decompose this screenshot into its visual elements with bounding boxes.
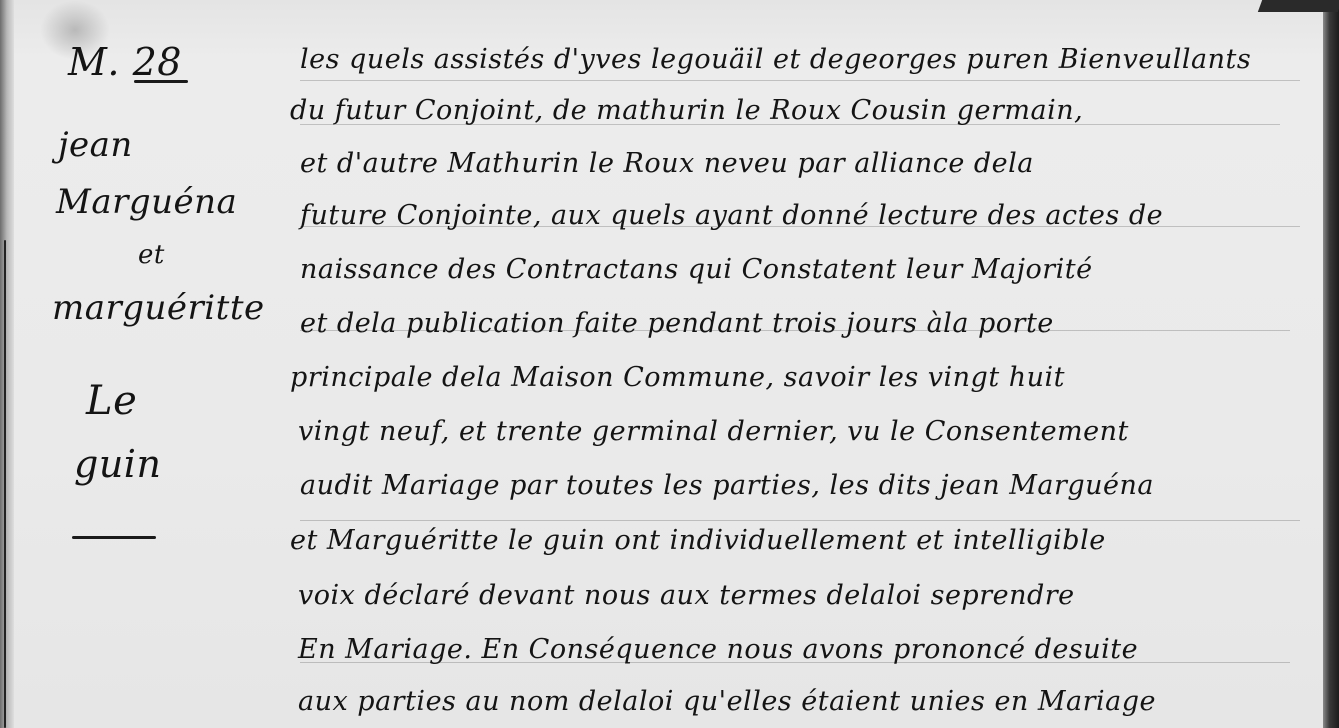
body-line-10: et Marguéritte le guin ont individuellem… <box>290 525 1106 556</box>
page-right-edge-shadow <box>1323 0 1339 728</box>
body-line-5: naissance des Contractans qui Constatent… <box>300 254 1093 285</box>
margin-bride-surname-guin: guin <box>74 442 161 486</box>
page-torn-corner <box>1258 0 1339 12</box>
page-left-edge <box>0 0 14 728</box>
margin-bride-first-name: marguéritte <box>52 288 265 328</box>
body-line-13: aux parties au nom delaloi qu'elles étai… <box>298 686 1156 717</box>
body-line-4: future Conjointe, aux quels ayant donné … <box>300 200 1163 231</box>
body-line-11: voix déclaré devant nous aux termes dela… <box>298 580 1075 611</box>
body-line-9: audit Mariage par toutes les parties, le… <box>300 470 1154 501</box>
record-number: M. 28 <box>68 40 182 84</box>
body-line-12: En Mariage. En Conséquence nous avons pr… <box>298 634 1138 665</box>
body-line-7: principale dela Maison Commune, savoir l… <box>290 362 1065 393</box>
baseline <box>300 520 1300 521</box>
document-page: M. 28 jean Marguéna et marguéritte Le gu… <box>0 0 1326 728</box>
margin-groom-first-name: jean <box>58 125 133 165</box>
body-line-1: les quels assistés d'yves legouäil et de… <box>300 44 1251 75</box>
margin-underline <box>72 536 156 539</box>
page-fold-line <box>4 240 6 728</box>
body-line-8: vingt neuf, et trente germinal dernier, … <box>298 416 1129 447</box>
body-line-3: et d'autre Mathurin le Roux neveu par al… <box>300 148 1034 179</box>
baseline <box>300 80 1300 81</box>
margin-conjunction: et <box>138 240 165 270</box>
margin-groom-surname: Marguéna <box>56 182 237 222</box>
body-line-6: et dela publication faite pendant trois … <box>300 308 1054 339</box>
body-line-2: du futur Conjoint, de mathurin le Roux C… <box>290 95 1083 126</box>
record-number-underline <box>134 80 188 83</box>
margin-bride-surname-le: Le <box>86 378 137 424</box>
